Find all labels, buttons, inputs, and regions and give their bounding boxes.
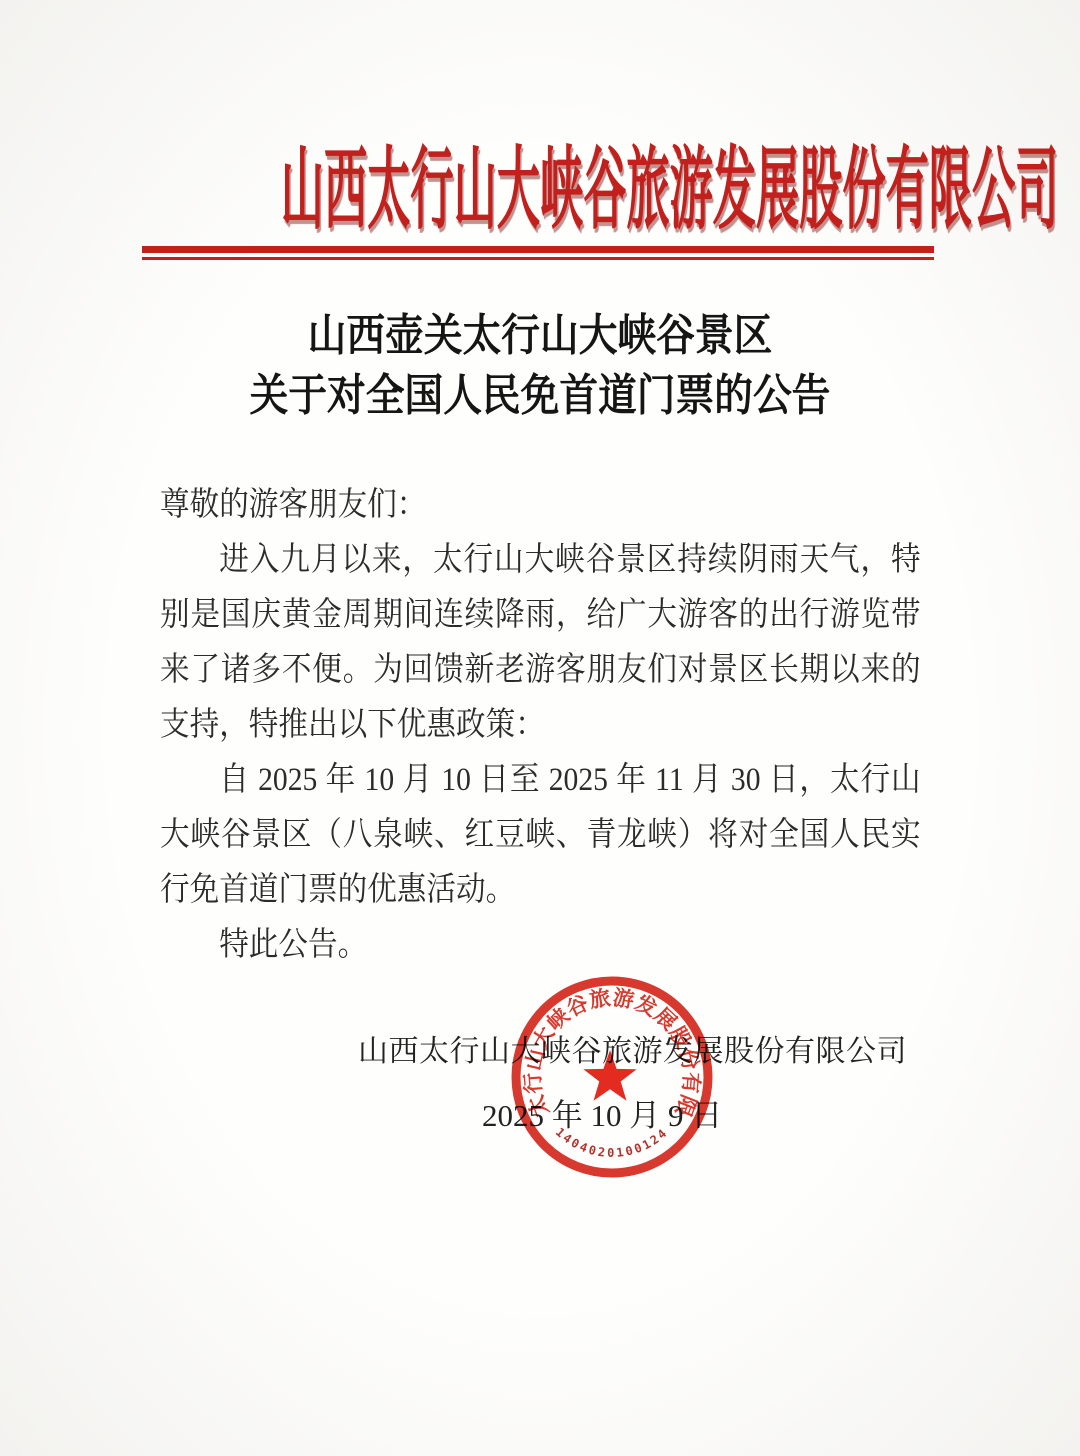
- body-paragraph-3: 特此公告。: [160, 918, 921, 973]
- document-title-line1: 山西壶关太行山大峡谷景区: [65, 306, 1015, 366]
- announcement-document: 山西太行山大峡谷旅游发展股份有限公司 山西壶关太行山大峡谷景区 关于对全国人民免…: [0, 0, 1080, 1456]
- body-paragraph-1: 进入九月以来，太行山大峡谷景区持续阴雨天气，特别是国庆黄金周期间连续降雨，给广大…: [160, 533, 921, 753]
- letterhead-divider: [142, 246, 934, 260]
- letterhead-company-name: 山西太行山大峡谷旅游发展股份有限公司: [281, 146, 799, 236]
- letterhead-divider-thick-line: [142, 246, 934, 253]
- document-title-line2: 关于对全国人民免首道门票的公告: [65, 366, 1015, 426]
- document-title: 山西壶关太行山大峡谷景区 关于对全国人民免首道门票的公告: [65, 306, 1015, 426]
- official-seal-stamp: 山西太行山大峡谷旅游发展股份有限公司 1404020100124: [507, 972, 717, 1182]
- salutation: 尊敬的游客朋友们：: [160, 478, 921, 533]
- letterhead-divider-thin-line: [142, 257, 934, 260]
- seal-serial-number: 1404020100124: [553, 1125, 671, 1160]
- seal-ring-text: 山西太行山大峡谷旅游发展股份有限公司: [507, 972, 704, 1120]
- body-paragraph-2: 自 2025 年 10 月 10 日至 2025 年 11 月 30 日，太行山…: [160, 753, 921, 918]
- document-body: 尊敬的游客朋友们： 进入九月以来，太行山大峡谷景区持续阴雨天气，特别是国庆黄金周…: [160, 478, 921, 973]
- star-icon: [583, 1050, 636, 1101]
